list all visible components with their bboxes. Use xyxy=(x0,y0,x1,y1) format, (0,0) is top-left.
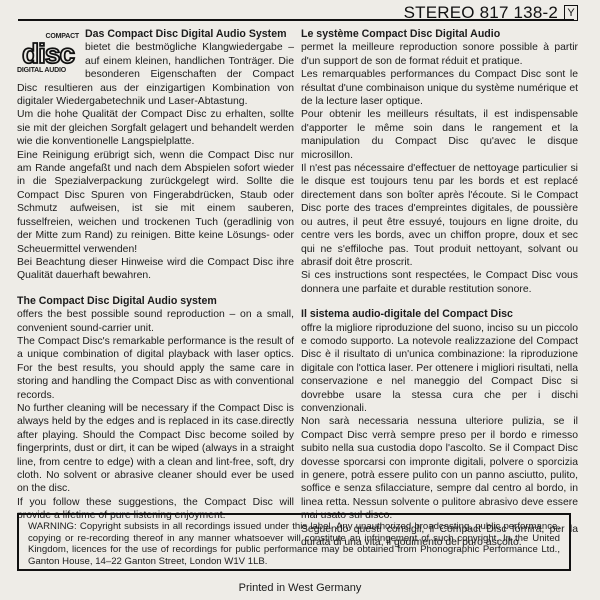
french-paragraph: Pour obtenir les meilleurs résultats, il… xyxy=(301,108,578,162)
german-paragraph: Um die hohe Qualität der Compact Disc zu… xyxy=(17,108,294,148)
copyright-warning-box: WARNING: Copyright subsists in all recor… xyxy=(17,513,571,571)
english-section: The Compact Disc Digital Audio system of… xyxy=(17,295,294,523)
compact-disc-logo-icon: COMPACT disc DIGITAL AUDIO xyxy=(17,33,79,77)
english-paragraph: The Compact Disc's remarkable performanc… xyxy=(17,335,294,402)
english-paragraph: No further cleaning will be necessary if… xyxy=(17,402,294,496)
french-paragraph: Les remarquables performances du Compact… xyxy=(301,68,578,108)
french-paragraph: Si ces instructions sont respectées, le … xyxy=(301,269,578,296)
french-paragraph: Il n'est pas nécessaire d'effectuer de n… xyxy=(301,162,578,269)
english-title: The Compact Disc Digital Audio system xyxy=(17,295,294,308)
right-column: Le système Compact Disc Digital Audio pe… xyxy=(301,28,578,549)
header-rule xyxy=(18,19,574,21)
english-paragraph: offers the best possible sound reproduct… xyxy=(17,308,294,335)
italian-title: Il sistema audio-digitale del Compact Di… xyxy=(301,308,578,321)
french-paragraph: permet la meilleure reproduction sonore … xyxy=(301,41,578,68)
logo-disc-text: disc xyxy=(17,41,79,67)
italian-paragraph: Non sarà necessaria nessuna ulteriore pu… xyxy=(301,415,578,522)
italian-paragraph: offre la migliore riproduzione del suono… xyxy=(301,322,578,416)
german-paragraph: Bei Beachtung dieser Hinweise wird die C… xyxy=(17,256,294,283)
french-title: Le système Compact Disc Digital Audio xyxy=(301,28,578,41)
printed-in-footer: Printed in West Germany xyxy=(0,582,600,594)
german-paragraph: Eine Reinigung erübrigt sich, wenn die C… xyxy=(17,149,294,256)
french-section: Le système Compact Disc Digital Audio pe… xyxy=(301,28,578,296)
left-column: COMPACT disc DIGITAL AUDIO Das Compact D… xyxy=(17,28,294,523)
